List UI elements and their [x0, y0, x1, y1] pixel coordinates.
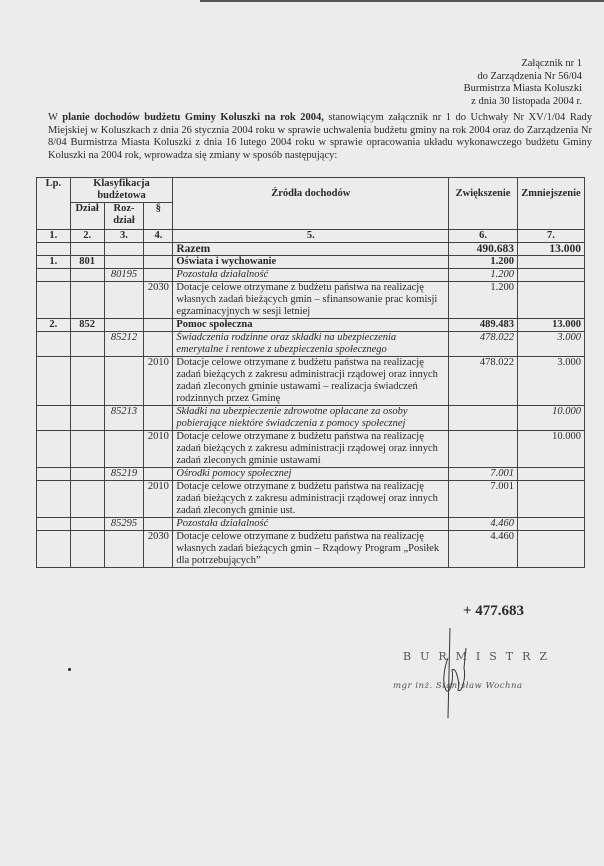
row-dzial: 852	[70, 319, 104, 332]
table-row: 2030Dotacje celowe otrzymane z budżetu p…	[37, 282, 585, 319]
row-source: Pozostała działalność	[173, 269, 449, 282]
row-increase	[449, 431, 518, 468]
row-rozdzial: 85212	[104, 332, 144, 357]
mayor-stamp-title: BURMISTRZ	[403, 650, 556, 663]
row-lp: 1.	[37, 256, 71, 269]
budget-changes-table: Lp. Klasyfikacja budżetowa Źródła dochod…	[36, 177, 585, 568]
table-row: 2010Dotacje celowe otrzymane z budżetu p…	[37, 481, 585, 518]
colnum: 5.	[173, 230, 449, 243]
row-decrease	[517, 256, 584, 269]
row-rozdzial	[104, 256, 144, 269]
row-rozdzial	[104, 431, 144, 468]
row-decrease	[517, 468, 584, 481]
header-zmniejszenie: Zmniejszenie	[517, 178, 584, 230]
header-zrodla: Źródła dochodów	[173, 178, 449, 230]
row-paragraf	[144, 518, 173, 531]
header-klasyfikacja: Klasyfikacja budżetowa	[70, 178, 173, 203]
mayor-stamp-name: mgr inż. Stanisław Wochna	[393, 681, 523, 691]
column-numbers-row: 1. 2. 3. 4. 5. 6. 7.	[37, 230, 585, 243]
table-row: 1.801Oświata i wychowanie1.200	[37, 256, 585, 269]
row-increase: 4.460	[449, 518, 518, 531]
row-paragraf	[144, 332, 173, 357]
row-rozdzial	[104, 481, 144, 518]
row-decrease: 3.000	[517, 357, 584, 406]
colnum: 2.	[70, 230, 104, 243]
row-decrease: 10.000	[517, 406, 584, 431]
colnum: 3.	[104, 230, 144, 243]
row-lp	[37, 332, 71, 357]
row-decrease	[517, 282, 584, 319]
row-rozdzial: 85213	[104, 406, 144, 431]
total-label: Razem	[173, 243, 449, 256]
row-lp	[37, 431, 71, 468]
row-source: Dotacje celowe otrzymane z budżetu państ…	[173, 282, 449, 319]
colnum: 7.	[517, 230, 584, 243]
row-source: Pomoc społeczna	[173, 319, 449, 332]
table-row: 2030Dotacje celowe otrzymane z budżetu p…	[37, 531, 585, 568]
row-lp	[37, 357, 71, 406]
row-decrease	[517, 481, 584, 518]
table-row: 2010Dotacje celowe otrzymane z budżetu p…	[37, 357, 585, 406]
row-paragraf: 2010	[144, 481, 173, 518]
row-increase: 7.001	[449, 468, 518, 481]
intro-paragraph: W planie dochodów budżetu Gminy Koluszki…	[48, 112, 592, 162]
row-source: Składki na ubezpieczenie zdrowotne opłac…	[173, 406, 449, 431]
row-dzial	[70, 468, 104, 481]
row-rozdzial: 85219	[104, 468, 144, 481]
row-paragraf	[144, 256, 173, 269]
table-row: 2010Dotacje celowe otrzymane z budżetu p…	[37, 431, 585, 468]
row-increase: 1.200	[449, 282, 518, 319]
table-row: 85219Ośrodki pomocy społecznej7.001	[37, 468, 585, 481]
row-lp	[37, 468, 71, 481]
header-zwiekszenie: Zwiększenie	[449, 178, 518, 230]
row-dzial	[70, 406, 104, 431]
row-lp	[37, 518, 71, 531]
row-dzial	[70, 531, 104, 568]
signature-scribble	[428, 628, 478, 718]
table-row: 85295Pozostała działalność4.460	[37, 518, 585, 531]
row-paragraf	[144, 468, 173, 481]
row-dzial: 801	[70, 256, 104, 269]
row-dzial	[70, 481, 104, 518]
row-lp: 2.	[37, 319, 71, 332]
row-increase: 1.200	[449, 269, 518, 282]
row-increase: 1.200	[449, 256, 518, 269]
row-paragraf	[144, 406, 173, 431]
table-row: 80195Pozostała działalność1.200	[37, 269, 585, 282]
row-increase	[449, 406, 518, 431]
row-lp	[37, 282, 71, 319]
row-paragraf: 2030	[144, 531, 173, 568]
table-row: 85213Składki na ubezpieczenie zdrowotne …	[37, 406, 585, 431]
row-rozdzial	[104, 282, 144, 319]
colnum: 4.	[144, 230, 173, 243]
row-dzial	[70, 357, 104, 406]
row-lp	[37, 406, 71, 431]
row-dzial	[70, 431, 104, 468]
row-dzial	[70, 269, 104, 282]
header-dzial: Dział	[70, 203, 104, 230]
row-dzial	[70, 332, 104, 357]
header-lp: Lp.	[37, 178, 71, 230]
row-paragraf: 2010	[144, 357, 173, 406]
intro-lead: W	[48, 112, 62, 123]
row-dzial	[70, 518, 104, 531]
row-source: Dotacje celowe otrzymane z budżetu państ…	[173, 431, 449, 468]
row-rozdzial	[104, 531, 144, 568]
row-decrease: 3.000	[517, 332, 584, 357]
row-paragraf: 2010	[144, 431, 173, 468]
row-decrease	[517, 518, 584, 531]
row-dzial	[70, 282, 104, 319]
row-source: Pozostała działalność	[173, 518, 449, 531]
row-increase: 489.483	[449, 319, 518, 332]
row-rozdzial	[104, 319, 144, 332]
row-source: Ośrodki pomocy społecznej	[173, 468, 449, 481]
header-rozdzial: Roz-dział	[104, 203, 144, 230]
total-row: Razem 490.683 13.000	[37, 243, 585, 256]
row-source: Dotacje celowe otrzymane z budżetu państ…	[173, 481, 449, 518]
row-increase: 4.460	[449, 531, 518, 568]
row-lp	[37, 481, 71, 518]
row-lp	[37, 531, 71, 568]
page-top-edge	[200, 0, 604, 2]
row-paragraf	[144, 319, 173, 332]
attachment-header: Załącznik nr 1 do Zarządzenia Nr 56/04 B…	[464, 58, 582, 108]
colnum: 1.	[37, 230, 71, 243]
row-paragraf	[144, 269, 173, 282]
colnum: 6.	[449, 230, 518, 243]
row-paragraf: 2030	[144, 282, 173, 319]
net-change-total: + 477.683	[463, 603, 524, 620]
row-lp	[37, 269, 71, 282]
row-rozdzial: 80195	[104, 269, 144, 282]
row-increase: 478.022	[449, 332, 518, 357]
row-decrease	[517, 269, 584, 282]
row-rozdzial: 85295	[104, 518, 144, 531]
regulation-reference: do Zarządzenia Nr 56/04	[464, 71, 582, 84]
row-source: Dotacje celowe otrzymane z budżetu państ…	[173, 531, 449, 568]
row-source: Oświata i wychowanie	[173, 256, 449, 269]
scan-speck	[68, 668, 71, 671]
row-rozdzial	[104, 357, 144, 406]
row-source: Świadczenia rodzinne oraz składki na ube…	[173, 332, 449, 357]
table-row: 2.852Pomoc społeczna489.48313.000	[37, 319, 585, 332]
issue-date: z dnia 30 listopada 2004 r.	[464, 96, 582, 109]
header-paragraf: §	[144, 203, 173, 230]
row-decrease: 13.000	[517, 319, 584, 332]
row-decrease: 10.000	[517, 431, 584, 468]
total-increase: 490.683	[449, 243, 518, 256]
row-increase: 478.022	[449, 357, 518, 406]
issuer: Burmistrza Miasta Koluszki	[464, 83, 582, 96]
intro-bold: planie dochodów budżetu Gminy Koluszki n…	[62, 112, 324, 123]
total-decrease: 13.000	[517, 243, 584, 256]
row-increase: 7.001	[449, 481, 518, 518]
row-source: Dotacje celowe otrzymane z budżetu państ…	[173, 357, 449, 406]
attachment-number: Załącznik nr 1	[464, 58, 582, 71]
table-row: 85212Świadczenia rodzinne oraz składki n…	[37, 332, 585, 357]
row-decrease	[517, 531, 584, 568]
